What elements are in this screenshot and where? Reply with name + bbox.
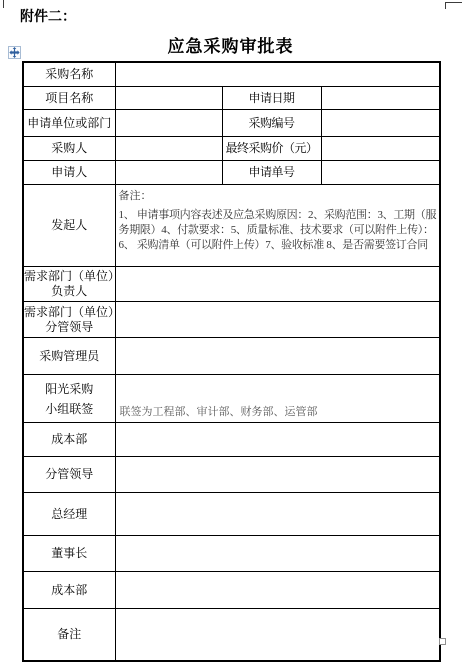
label-project-name: 项目名称 (23, 87, 115, 110)
table-row: 分管领导 (23, 457, 440, 493)
table-row: 项目名称 申请日期 (23, 87, 440, 110)
field-procurement-administrator[interactable] (115, 338, 440, 375)
label-line: 小组联签 (24, 399, 115, 419)
label-line: 成本部 (24, 432, 115, 447)
field-application-form-number[interactable] (321, 161, 440, 185)
table-row: 总经理 (23, 493, 440, 536)
label-line: 需求部门（单位） (24, 269, 115, 284)
field-final-purchase-price[interactable] (321, 137, 440, 161)
field-remarks[interactable] (115, 609, 440, 662)
field-applicant[interactable] (115, 161, 222, 185)
table-resize-icon[interactable] (439, 638, 446, 645)
move-arrows-glyph (9, 47, 20, 58)
label-line: 董事长 (24, 546, 115, 561)
label-line: 分管领导 (24, 320, 115, 335)
table-row: 需求部门（单位） 负责人 (23, 267, 440, 302)
field-supervising-leader[interactable] (115, 457, 440, 493)
label-procurement-number: 采购编号 (222, 110, 321, 137)
field-chairman[interactable] (115, 536, 440, 572)
table-row: 成本部 (23, 572, 440, 609)
label-general-manager: 总经理 (23, 493, 115, 536)
page-corner-mark-top-right-tick (445, 2, 446, 9)
label-line: 成本部 (24, 583, 115, 598)
table-row: 备注 (23, 609, 440, 662)
attachment-label: 附件二： (20, 6, 76, 26)
label-purchase-name: 采购名称 (23, 62, 115, 87)
table-row: 成本部 (23, 423, 440, 457)
label-supervising-leader: 分管领导 (23, 457, 115, 493)
table-row: 申请人 申请单号 (23, 161, 440, 185)
table-row: 采购管理员 (23, 338, 440, 375)
note-body: 1、 申请事项内容表述及应急采购原因：2、采购范围：3、工期（服务期限）4、付款… (119, 208, 438, 253)
field-general-manager[interactable] (115, 493, 440, 536)
table-row: 发起人 备注： 1、 申请事项内容表述及应急采购原因：2、采购范围：3、工期（服… (23, 185, 440, 267)
label-line: 需求部门（单位） (24, 305, 115, 320)
label-demand-department-head: 需求部门（单位） 负责人 (23, 267, 115, 302)
label-initiator: 发起人 (23, 185, 115, 267)
table-row: 采购名称 (23, 62, 440, 87)
form-title: 应急采购审批表 (22, 32, 439, 57)
label-applicant: 申请人 (23, 161, 115, 185)
label-cost-department-2: 成本部 (23, 572, 115, 609)
field-sunshine-procurement-group-cosign[interactable]: 联签为工程部、审计部、财务部、运管部 (115, 375, 440, 423)
table-row: 需求部门（单位） 分管领导 (23, 302, 440, 338)
label-final-purchase-price: 最终采购价（元） (222, 137, 321, 161)
page-corner-mark-top-left (3, 0, 4, 8)
initiator-notes-cell[interactable]: 备注： 1、 申请事项内容表述及应急采购原因：2、采购范围：3、工期（服务期限）… (115, 185, 440, 267)
table-row: 采购人 最终采购价（元） (23, 137, 440, 161)
label-demand-department-supervising-leader: 需求部门（单位） 分管领导 (23, 302, 115, 338)
field-application-date[interactable] (321, 87, 440, 110)
field-demand-department-supervising-leader[interactable] (115, 302, 440, 338)
label-procurement-administrator: 采购管理员 (23, 338, 115, 375)
field-purchaser[interactable] (115, 137, 222, 161)
field-cost-department-2[interactable] (115, 572, 440, 609)
field-procurement-number[interactable] (321, 110, 440, 137)
field-purchase-name[interactable] (115, 62, 440, 87)
label-line: 分管领导 (24, 467, 115, 482)
document-page: 附件二： 应急采购审批表 采购名称 项目名称 申请日期 申请单位或部门 采购编号… (0, 0, 462, 670)
label-applicant-unit-or-department: 申请单位或部门 (23, 110, 115, 137)
label-line: 备注 (24, 627, 115, 642)
label-cost-department: 成本部 (23, 423, 115, 457)
label-line: 阳光采购 (24, 379, 115, 399)
table-move-icon[interactable] (8, 46, 21, 59)
table-row: 阳光采购 小组联签 联签为工程部、审计部、财务部、运管部 (23, 375, 440, 423)
label-application-date: 申请日期 (222, 87, 321, 110)
label-purchaser: 采购人 (23, 137, 115, 161)
field-cost-department[interactable] (115, 423, 440, 457)
note-heading: 备注： (119, 190, 438, 203)
field-project-name[interactable] (115, 87, 222, 110)
table-row: 申请单位或部门 采购编号 (23, 110, 440, 137)
field-applicant-unit-or-department[interactable] (115, 110, 222, 137)
label-sunshine-procurement-group-cosign: 阳光采购 小组联签 (23, 375, 115, 423)
field-demand-department-head[interactable] (115, 267, 440, 302)
label-line: 采购管理员 (24, 349, 115, 364)
approval-form-table: 采购名称 项目名称 申请日期 申请单位或部门 采购编号 采购人 最终采购价（元）… (22, 61, 441, 662)
label-remarks: 备注 (23, 609, 115, 662)
label-line: 总经理 (24, 507, 115, 522)
label-line: 负责人 (24, 284, 115, 299)
label-chairman: 董事长 (23, 536, 115, 572)
page-corner-mark-top-right (445, 2, 462, 3)
label-application-form-number: 申请单号 (222, 161, 321, 185)
table-row: 董事长 (23, 536, 440, 572)
